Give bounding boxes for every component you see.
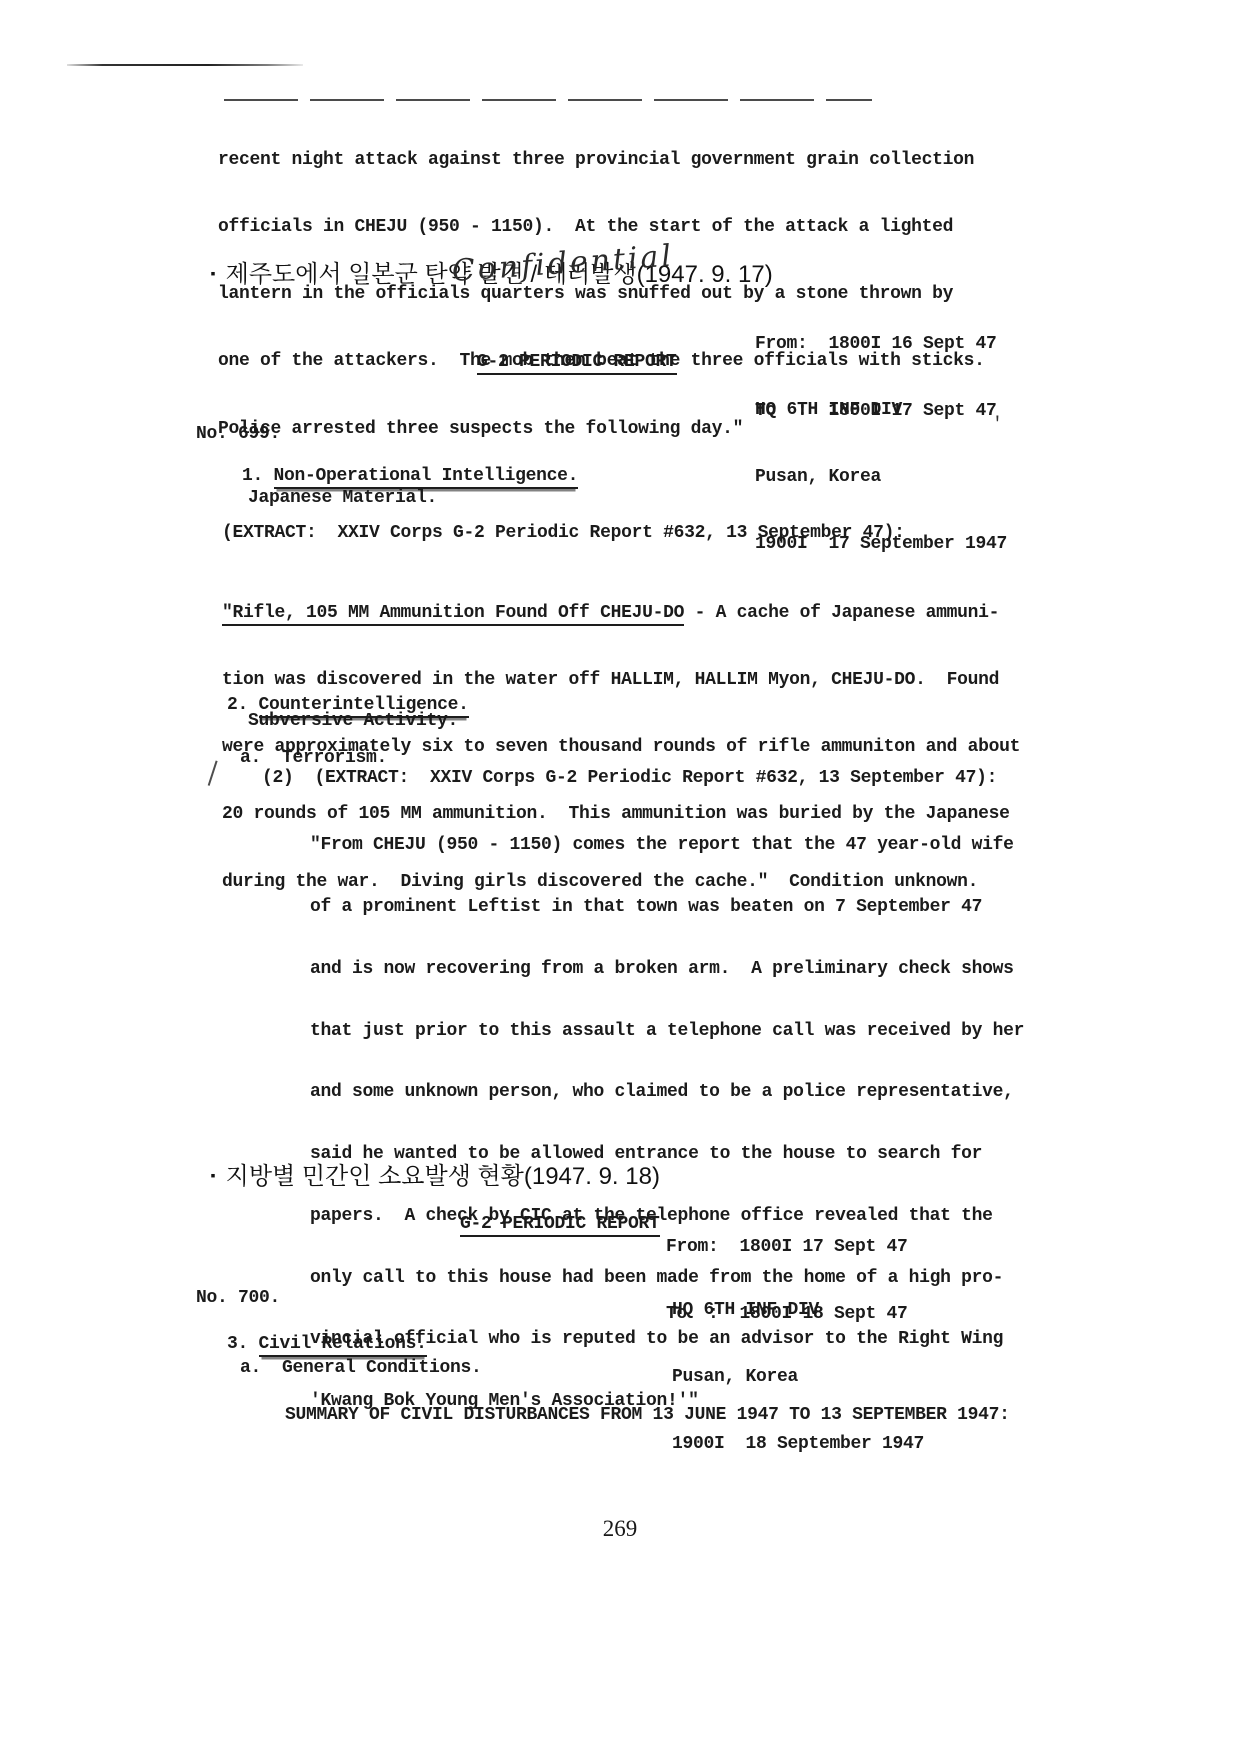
section2-body-line: and is now recovering from a broken arm.… xyxy=(310,959,1024,980)
section2-subheading: Subversive Activity. xyxy=(248,711,458,731)
section1-title: Non-Operational Intelligence. xyxy=(274,466,579,489)
section1-subheading: Japanese Material. xyxy=(248,488,437,508)
scan-artifact-line xyxy=(67,64,303,66)
report1-from-line: From: 1800I 16 Sept 47 xyxy=(755,333,997,355)
section2-item-a: a. Terrorism. xyxy=(240,748,387,768)
report2-number: No. 700. xyxy=(196,1288,280,1308)
section3-title: Civil Relations. xyxy=(259,1334,427,1357)
report2-title: G-2 PERIODIC REPORT xyxy=(460,1214,660,1237)
bullet-icon: ▪ xyxy=(211,265,216,281)
section2-number: 2. xyxy=(227,695,248,715)
scan-artifact-dashed-underline xyxy=(224,99,872,101)
document-page: recent night attack against three provin… xyxy=(0,0,1240,1754)
section2-item2-extract-line: (2) (EXTRACT: XXIV Corps G-2 Periodic Re… xyxy=(262,768,997,788)
section2-body-line: "From CHEJU (950 - 1150) comes the repor… xyxy=(310,835,1024,856)
section1-extract-line: (EXTRACT: XXIV Corps G-2 Periodic Report… xyxy=(222,523,905,543)
handwritten-check-mark xyxy=(194,756,217,786)
report2-hq-block: HQ 6TH INF DIV Pusan, Korea 1900I 18 Sep… xyxy=(672,1254,924,1500)
scan-artifact-tick: ' xyxy=(992,415,1003,435)
page-number: 269 xyxy=(0,1516,1240,1542)
section3-item-a: a. General Conditions. xyxy=(240,1358,482,1378)
report1-title-wrap: G-2 PERIODIC REPORT xyxy=(435,332,677,392)
section3-summary-line: SUMMARY OF CIVIL DISTURBANCES FROM 13 JU… xyxy=(285,1405,1010,1425)
report2-title-wrap: G-2 PERIODIC REPORT xyxy=(418,1194,660,1254)
korean-heading-2-text: 지방별 민간인 소요발생 현황(1947. 9. 18) xyxy=(226,1163,660,1190)
section2-body-line: of a prominent Leftist in that town was … xyxy=(310,897,1024,918)
report2-hq-line: Pusan, Korea xyxy=(672,1366,924,1388)
section1-body-line: "Rifle, 105 MM Ammunition Found Off CHEJ… xyxy=(222,602,1020,624)
bullet-icon: ▪ xyxy=(211,1167,216,1183)
report1-title: G-2 PERIODIC REPORT xyxy=(477,352,677,375)
report1-hq-line: Pusan, Korea xyxy=(755,466,1007,488)
section1-body-line1-rest: - A cache of Japanese ammuni- xyxy=(684,603,999,623)
section2-body-line: that just prior to this assault a teleph… xyxy=(310,1021,1024,1042)
section2-body-line: and some unknown person, who claimed to … xyxy=(310,1082,1024,1103)
report1-hq-line: HQ 6TH INF DIV xyxy=(755,399,1007,421)
section3-number: 3. xyxy=(227,1334,248,1354)
report1-number: No. 699. xyxy=(196,424,280,444)
section1-number: 1. xyxy=(242,466,263,486)
report2-hq-line: HQ 6TH INF DIV xyxy=(672,1299,924,1321)
intro-line: recent night attack against three provin… xyxy=(218,149,985,171)
report2-hq-line: 1900I 18 September 1947 xyxy=(672,1433,924,1455)
section1-body-underlined: "Rifle, 105 MM Ammunition Found Off CHEJ… xyxy=(222,603,684,626)
